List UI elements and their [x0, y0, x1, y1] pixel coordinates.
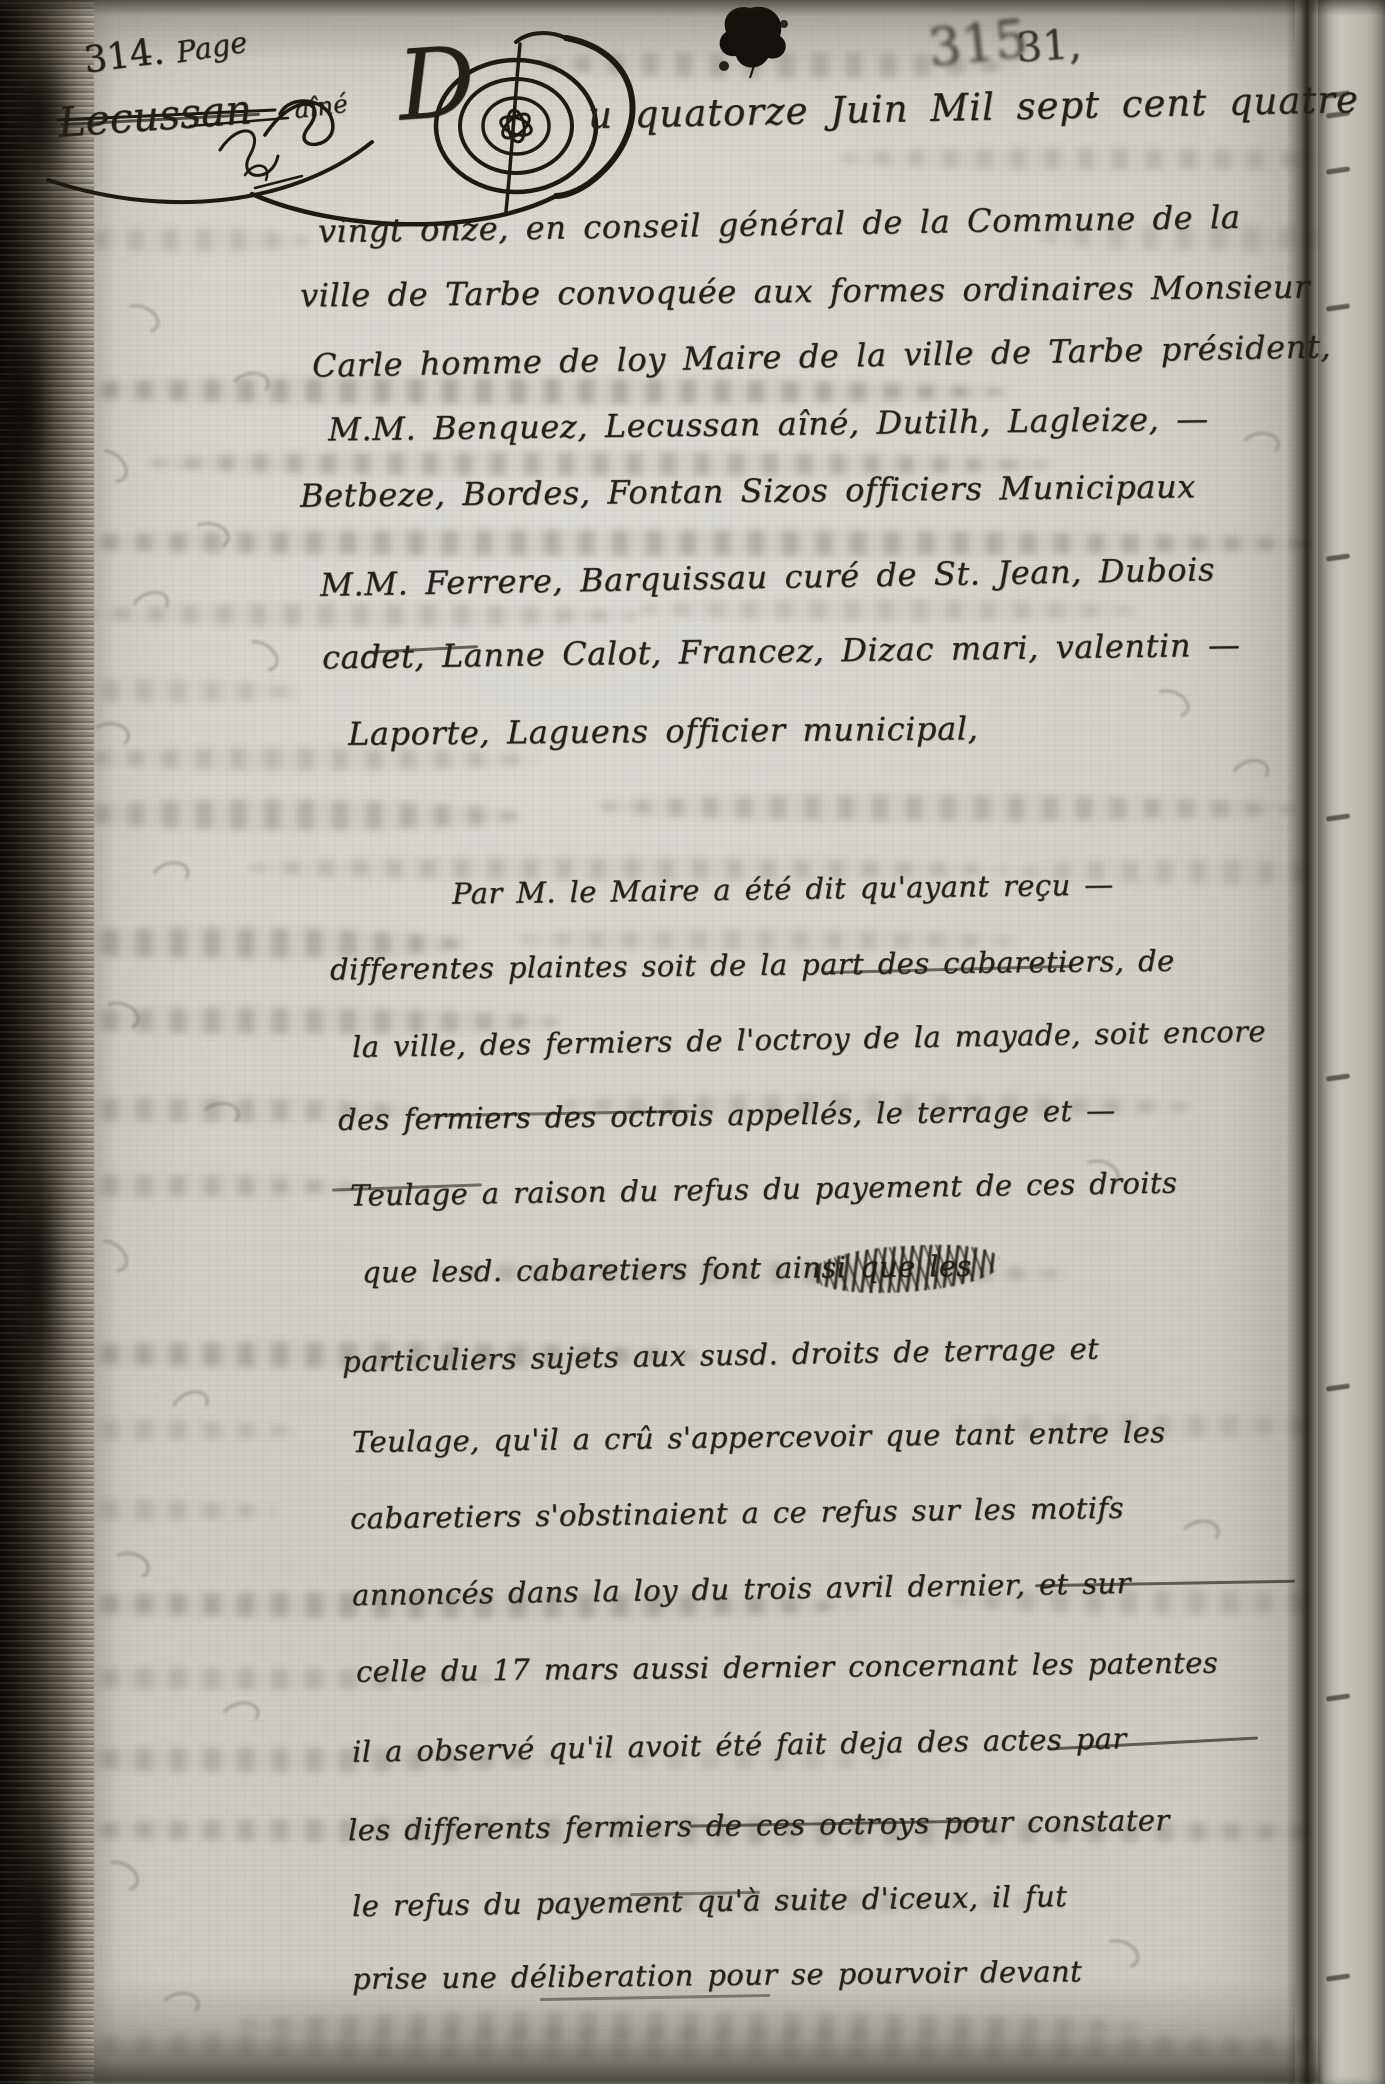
manuscript-page-scan: 314. Page Lecussan aîné D u quatorze Jui…	[0, 0, 1385, 2084]
corner-page-fragment: 31,	[1014, 20, 1082, 72]
scan-top-shadow	[0, 0, 1385, 16]
spine-dark-patch	[0, 300, 54, 520]
adjacent-page-edge	[1318, 0, 1385, 2084]
bleedthrough-smudge	[640, 600, 1140, 620]
bleedthrough-smudge	[60, 800, 520, 830]
ghost-page-number: 315	[925, 9, 1030, 79]
ornate-initial-letter: D	[394, 25, 479, 142]
bleedthrough-smudge	[600, 795, 1300, 821]
page-bottom-shadow	[40, 2038, 1320, 2084]
spine-dark-patch	[6, 1130, 64, 1410]
text-line: Laporte, Laguens officier municipal,	[348, 709, 979, 752]
page-gutter-shadow	[1286, 0, 1320, 2084]
ghost-flourish	[90, 722, 130, 750]
bleedthrough-smudge	[60, 228, 310, 252]
bleedthrough-smudge	[0, 378, 1010, 404]
